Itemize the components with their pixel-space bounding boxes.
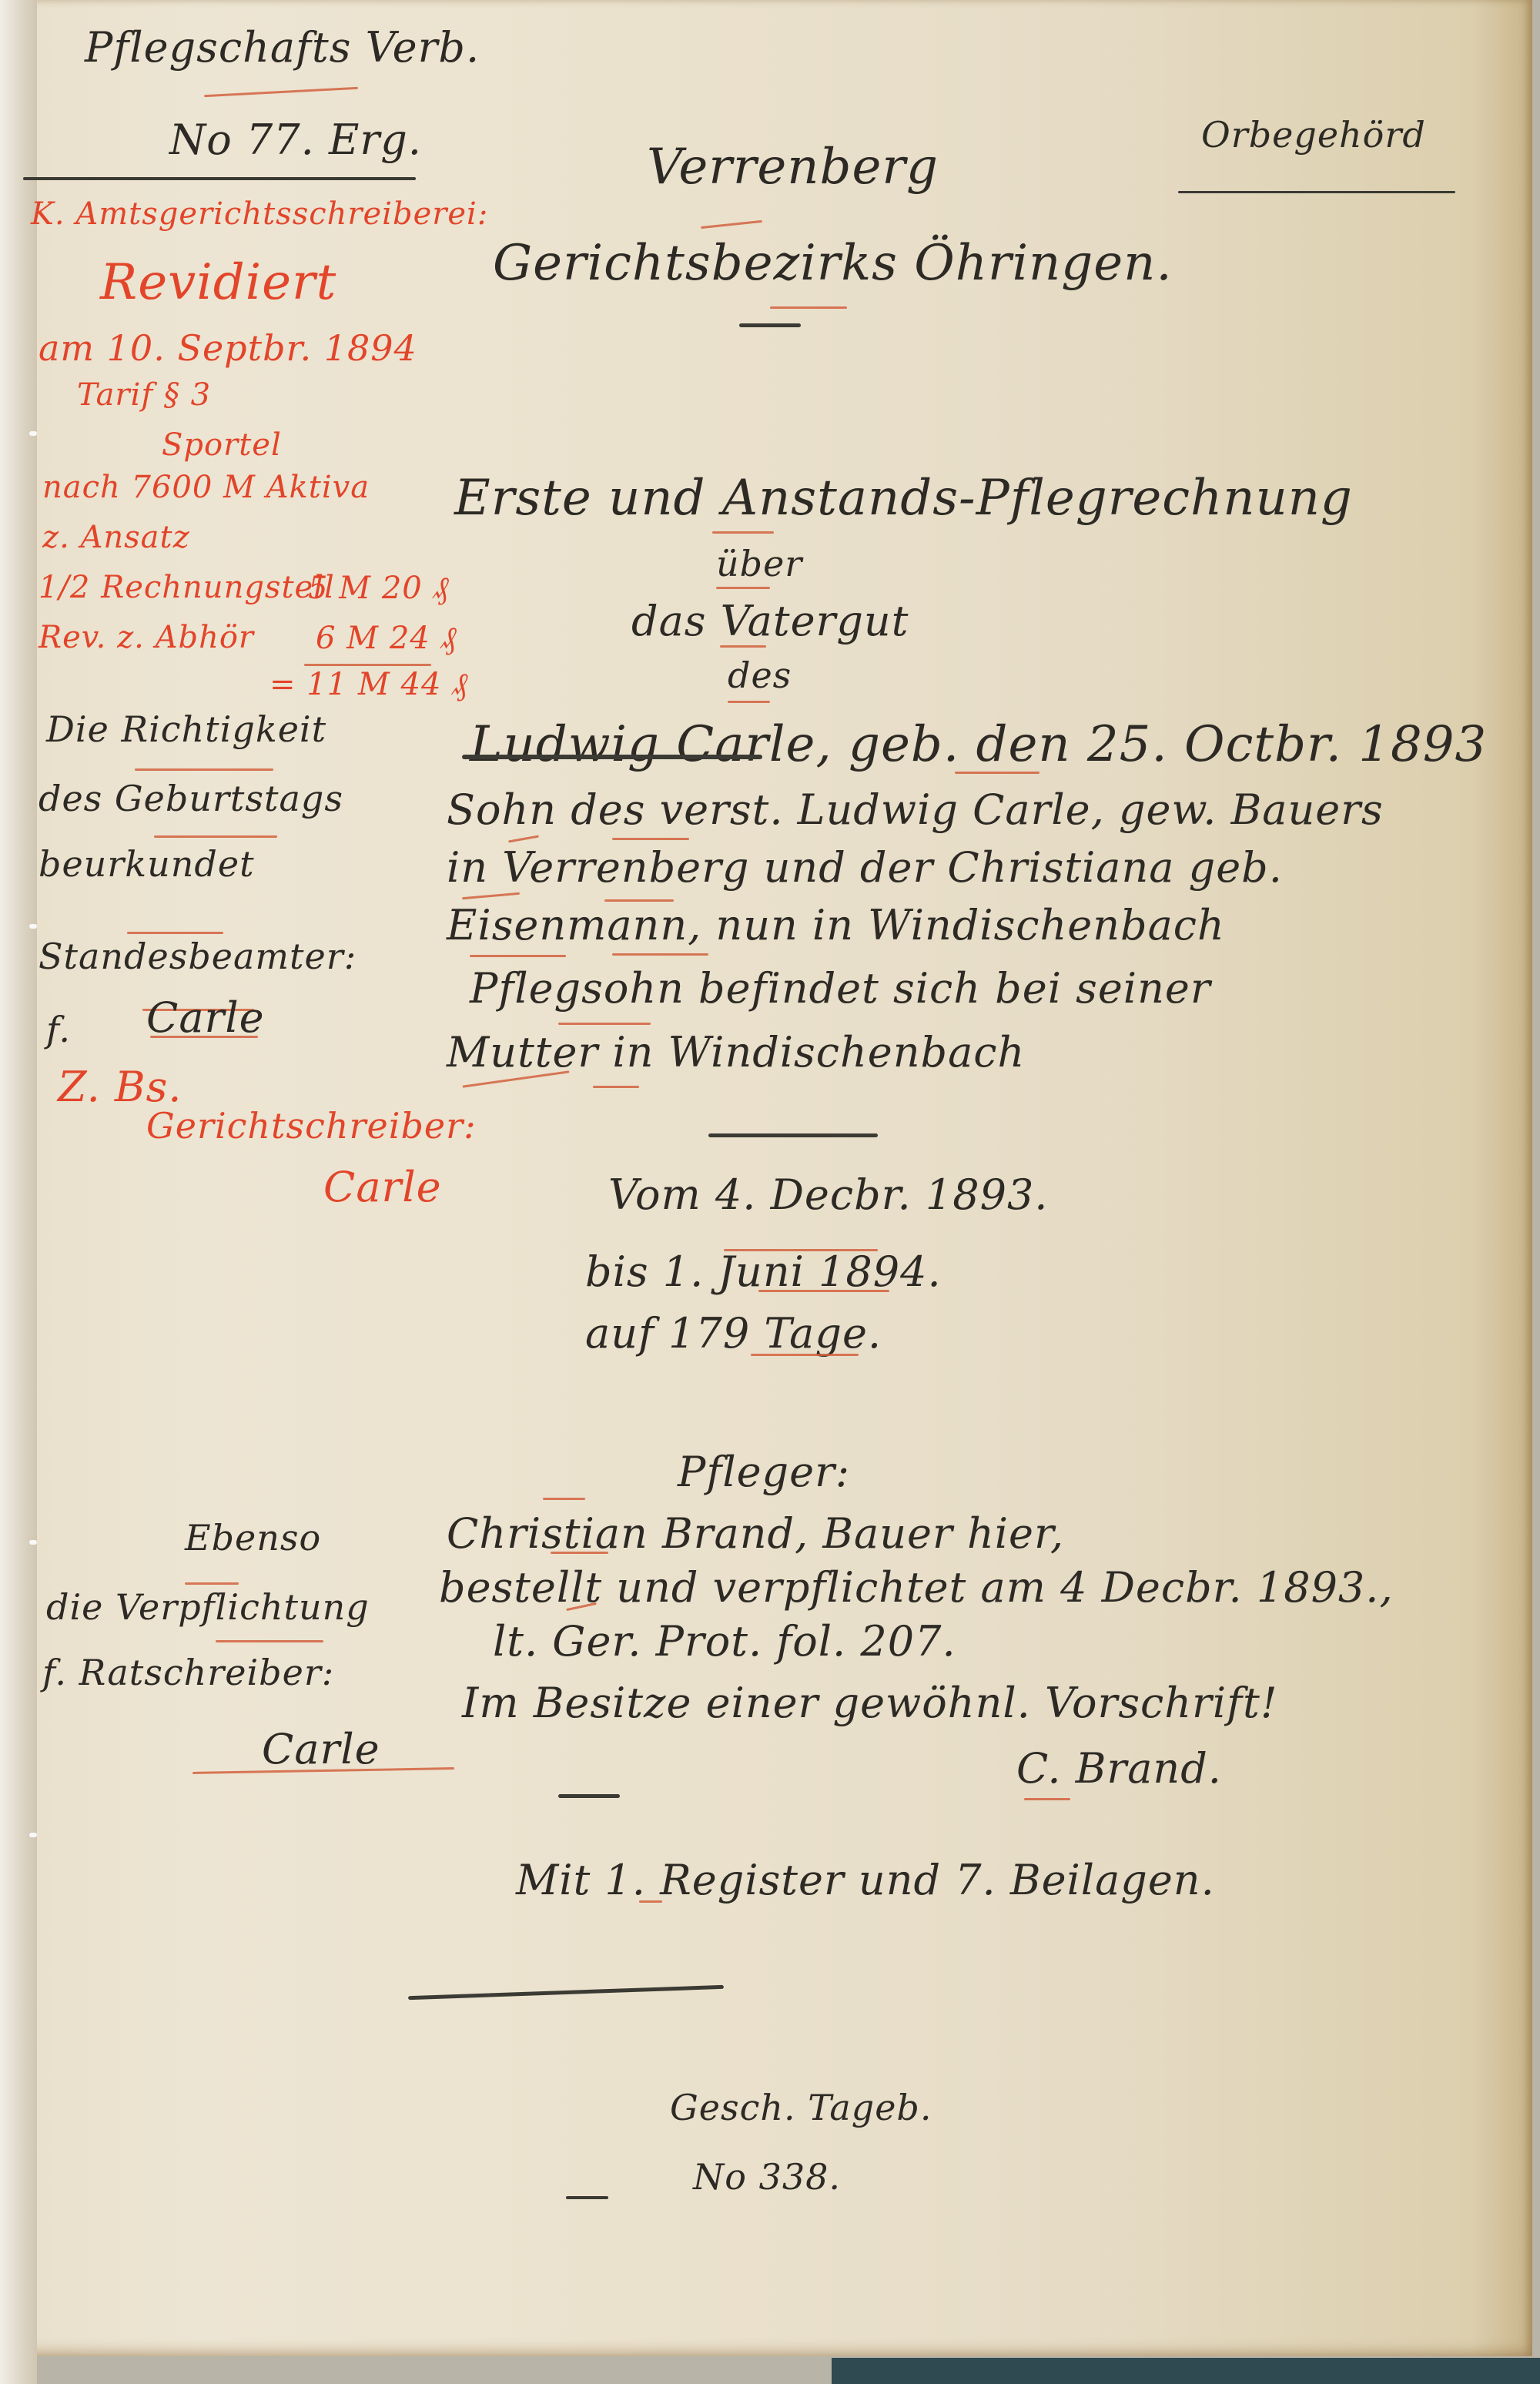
red-underline bbox=[712, 531, 774, 534]
red-underline bbox=[216, 1640, 323, 1642]
binding-stitch bbox=[29, 1833, 37, 1837]
red-underline bbox=[716, 587, 770, 589]
guardian-signature: C. Brand. bbox=[1016, 1744, 1222, 1793]
red-underline bbox=[612, 953, 708, 956]
red-underline bbox=[551, 1552, 608, 1554]
red-underline bbox=[185, 1582, 239, 1585]
section-rule bbox=[708, 1133, 878, 1137]
birth-signature: Carle bbox=[146, 993, 265, 1042]
journal-label: Gesch. Tageb. bbox=[670, 2087, 932, 2128]
ward-line-1: Ludwig Carle, geb. den 25. Octbr. 1893 bbox=[470, 716, 1487, 773]
red-underline bbox=[593, 1086, 639, 1088]
journal-number: No 338. bbox=[693, 2156, 841, 2198]
account-subject: das Vatergut bbox=[631, 597, 909, 645]
fee-1-value: 5 M 20 ₰ bbox=[308, 570, 449, 606]
red-underline bbox=[154, 835, 277, 838]
title-rule bbox=[739, 323, 801, 327]
ward-line-2: Sohn des verst. Ludwig Carle, gew. Bauer… bbox=[447, 785, 1384, 834]
period-from: Vom 4. Decbr. 1893. bbox=[608, 1170, 1048, 1219]
oath-signature: Carle bbox=[262, 1725, 380, 1773]
enclosures-note: Mit 1. Register und 7. Beilagen. bbox=[516, 1856, 1215, 1904]
binding-stitch bbox=[29, 1540, 37, 1545]
clerk-role: Gerichtschreiber: bbox=[146, 1105, 477, 1147]
court-district: Gerichtsbezirks Öhringen. bbox=[493, 235, 1173, 292]
red-underline bbox=[955, 772, 1039, 774]
account-heading: Erste und Anstands-Pflegrechnung bbox=[454, 470, 1353, 527]
name-underline bbox=[462, 755, 762, 759]
red-underline bbox=[720, 645, 766, 648]
red-underline bbox=[127, 932, 223, 934]
sportel-label: Sportel bbox=[162, 427, 282, 463]
red-underline bbox=[135, 768, 273, 771]
red-underline bbox=[728, 701, 770, 703]
ueber-label: über bbox=[716, 543, 802, 584]
birth-note-2: des Geburtstags bbox=[38, 778, 343, 819]
birth-note-4: Standesbeamter: bbox=[38, 936, 357, 977]
revision-stamp: Revidiert bbox=[100, 254, 336, 311]
table-surface bbox=[832, 2358, 1540, 2384]
oath-note-3: f. Ratschreiber: bbox=[42, 1652, 334, 1693]
fee-total: = 11 M 44 ₰ bbox=[269, 666, 468, 702]
margin-divider bbox=[23, 177, 416, 180]
ward-line-6: Mutter in Windischenbach bbox=[447, 1028, 1025, 1076]
period-to: bis 1. Juni 1894. bbox=[585, 1247, 942, 1296]
file-number: No 77. Erg. bbox=[169, 116, 422, 164]
red-underline bbox=[558, 1023, 651, 1025]
revision-tarif: Tarif § 3 bbox=[77, 377, 211, 413]
binding-edge bbox=[0, 0, 37, 2384]
binding-stitch bbox=[29, 924, 37, 929]
red-underline bbox=[150, 1036, 258, 1038]
number-underline bbox=[566, 2196, 608, 2199]
clerk-signature: Carle bbox=[323, 1163, 442, 1211]
des-label: des bbox=[728, 655, 792, 696]
revision-date: am 10. Septbr. 1894 bbox=[38, 327, 417, 369]
guardian-label: Pfleger: bbox=[678, 1448, 850, 1496]
red-underline bbox=[543, 1498, 585, 1500]
birth-sign-prefix: f. bbox=[46, 1009, 71, 1050]
category-label: Orbegehörd bbox=[1201, 114, 1426, 156]
red-underline bbox=[470, 955, 566, 957]
oath-note-1: Ebenso bbox=[185, 1517, 321, 1559]
ward-line-3: in Verrenberg und der Christiana geb. bbox=[447, 843, 1283, 892]
guardian-line-4: Im Besitze einer gewöhnl. Vorschrift! bbox=[462, 1679, 1278, 1727]
oath-note-2: die Verpflichtung bbox=[46, 1586, 370, 1628]
red-underline bbox=[612, 838, 689, 840]
place-name: Verrenberg bbox=[647, 139, 939, 196]
fee-1-label: 1/2 Rechnungstell bbox=[38, 570, 335, 605]
revision-office: K. Amtsgerichtsschreiberei: bbox=[31, 196, 488, 232]
period-duration: auf 179 Tage. bbox=[585, 1309, 882, 1358]
ward-line-5: Pflegsohn befindet sich bei seiner bbox=[470, 964, 1211, 1013]
section-rule bbox=[558, 1794, 620, 1798]
red-underline bbox=[1024, 1798, 1070, 1800]
file-label: Pflegschafts Verb. bbox=[85, 23, 480, 72]
fee-2-value: 6 M 24 ₰ bbox=[316, 620, 457, 656]
fee-2-label: Rev. z. Abhör bbox=[38, 620, 254, 655]
guardian-line-1: Christian Brand, Bauer hier, bbox=[447, 1509, 1064, 1558]
birth-note-1: Die Richtigkeit bbox=[46, 708, 326, 750]
red-underline bbox=[770, 306, 847, 309]
red-underline bbox=[751, 1354, 859, 1356]
sportel-basis: nach 7600 M Aktiva bbox=[42, 470, 370, 505]
guardian-line-3: lt. Ger. Prot. fol. 207. bbox=[493, 1617, 956, 1666]
ansatz-label: z. Ansatz bbox=[42, 520, 190, 555]
birth-note-3: beurkundet bbox=[38, 843, 255, 885]
clerk-prefix: Z. Bs. bbox=[58, 1063, 182, 1111]
red-underline bbox=[758, 1290, 889, 1292]
red-underline bbox=[639, 1900, 662, 1903]
header-rule bbox=[1178, 191, 1455, 193]
guardian-line-2: bestellt und verpflichtet am 4 Decbr. 18… bbox=[439, 1563, 1394, 1612]
binding-stitch bbox=[29, 431, 37, 436]
ward-line-4: Eisenmann, nun in Windischenbach bbox=[447, 901, 1225, 949]
